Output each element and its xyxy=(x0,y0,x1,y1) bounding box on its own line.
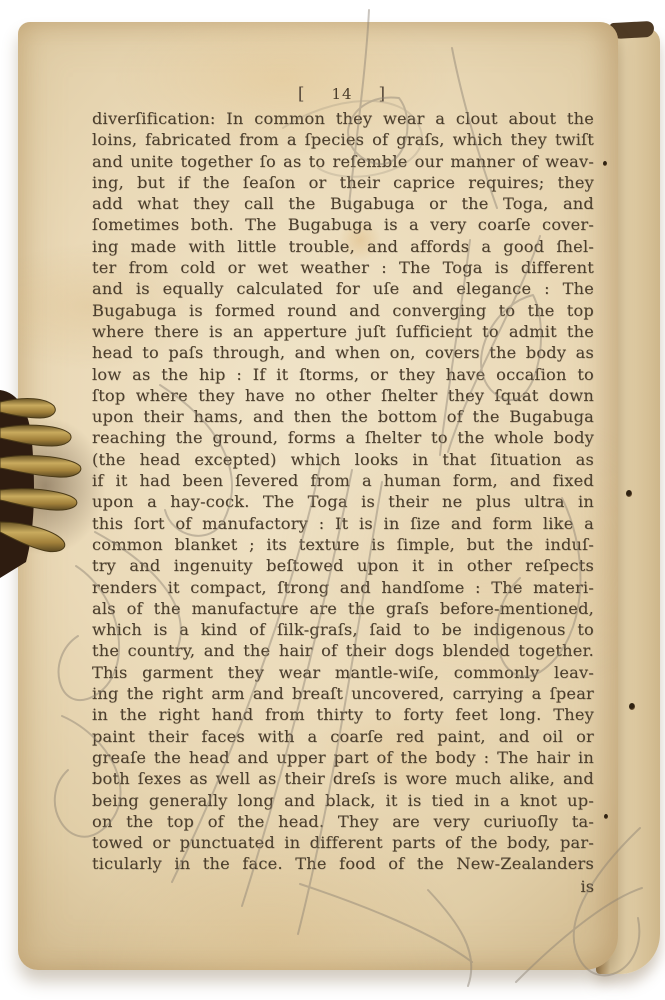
text-line: upon a hay-cock. The Toga is their ne pl… xyxy=(92,491,594,512)
text-line: and is equally calculated for uſe and el… xyxy=(92,278,594,299)
page-number-header: [14] xyxy=(92,84,592,104)
text-line: ticularly in the face. The food of the N… xyxy=(92,853,594,874)
book-clasp-icon xyxy=(0,382,92,582)
text-line: in the right hand from thirty to forty f… xyxy=(92,704,594,725)
text-line: add what they call the Bugabuga or the T… xyxy=(92,193,594,214)
text-line: being generally long and black, it is ti… xyxy=(92,790,594,811)
text-line: the country, and the hair of their dogs … xyxy=(92,640,594,661)
text-line: reaching the ground, forms a ſhelter to … xyxy=(92,427,594,448)
text-line: both ſexes as well as their dreſs is wor… xyxy=(92,768,594,789)
wormhole xyxy=(626,490,632,497)
text-line: ſometimes both. The Bugabuga is a very c… xyxy=(92,214,594,235)
catchword: is xyxy=(92,877,594,896)
text-line: ter from cold or wet weather : The Toga … xyxy=(92,257,594,278)
text-line: and unite together ſo as to reſemble our… xyxy=(92,151,594,172)
text-line: this ſort of manufactory : It is in ſize… xyxy=(92,513,594,534)
text-line: paint their faces with a coarſe red pain… xyxy=(92,726,594,747)
text-line: common blanket ; its texture is ſimple, … xyxy=(92,534,594,555)
book-photo: [14] diverſification: In common they wea… xyxy=(0,0,665,1000)
text-line: which is a kind of ſilk-graſs, ſaid to b… xyxy=(92,619,594,640)
text-line: (the head excepted) which looks in that … xyxy=(92,449,594,470)
bracket-left: [ xyxy=(272,84,332,104)
wormhole xyxy=(603,161,607,166)
bracket-right: ] xyxy=(353,84,413,104)
text-line: als of the manufacture are the graſs bef… xyxy=(92,598,594,619)
text-line: This garment they wear mantle-wiſe, comm… xyxy=(92,662,594,683)
text-line: Bugabuga is formed round and converging … xyxy=(92,300,594,321)
text-line: renders it compact, ſtrong and handſome … xyxy=(92,577,594,598)
text-line: low as the hip : If it ſtorms, or they h… xyxy=(92,364,594,385)
text-line: ſtop where they have no other ſhelter th… xyxy=(92,385,594,406)
book-page: [14] diverſification: In common they wea… xyxy=(18,22,618,970)
text-line: upon their hams, and then the bottom of … xyxy=(92,406,594,427)
wormhole xyxy=(604,814,608,819)
text-line: try and ingenuity beſtowed upon it in ot… xyxy=(92,555,594,576)
text-line: ing the right arm and breaſt uncovered, … xyxy=(92,683,594,704)
text-line: where there is an apperture juſt ſuffici… xyxy=(92,321,594,342)
text-line: ing, but if the ſeaſon or their caprice … xyxy=(92,172,594,193)
text-line: towed or punctuated in different parts o… xyxy=(92,832,594,853)
text-line: diverſification: In common they wear a c… xyxy=(92,108,594,129)
text-line: loins, fabricated from a ſpecies of graſ… xyxy=(92,129,594,150)
wormhole xyxy=(629,703,635,710)
text-line: if it had been ſevered from a human form… xyxy=(92,470,594,491)
text-line: head to paſs through, and when on, cover… xyxy=(92,342,594,363)
body-text: diverſification: In common they wear a c… xyxy=(92,108,594,875)
text-line: greaſe the head and upper part of the bo… xyxy=(92,747,594,768)
page-number: 14 xyxy=(331,85,352,103)
text-line: on the top of the head. They are very cu… xyxy=(92,811,594,832)
text-line: ing made with little trouble, and afford… xyxy=(92,236,594,257)
